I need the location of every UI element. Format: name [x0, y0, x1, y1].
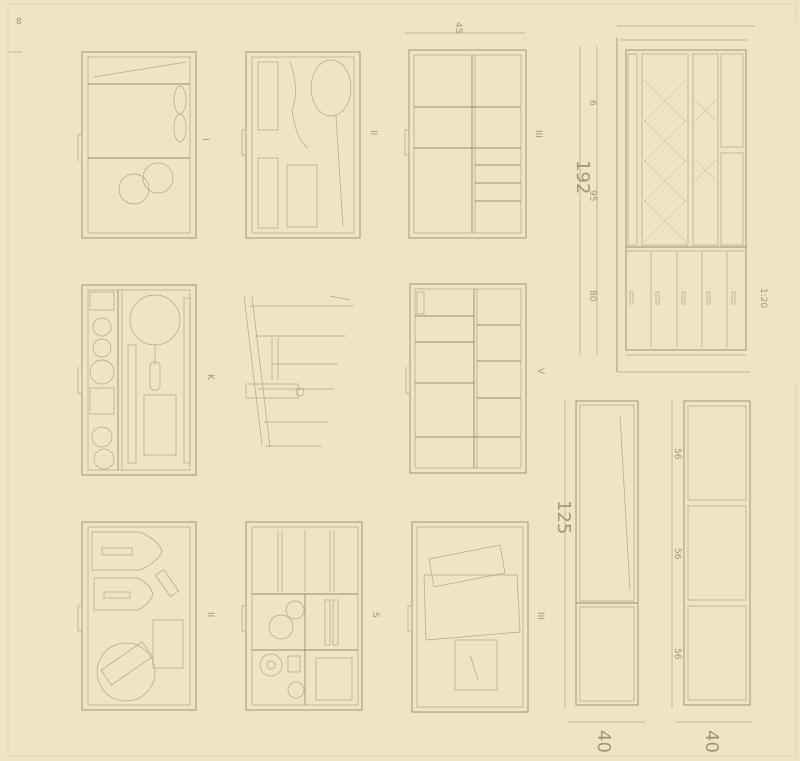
- drawing-sheet: 8 I II 45 III K V II S III 192 1:20 6 95…: [0, 0, 800, 761]
- corner-mark: 8: [16, 17, 22, 27]
- cabinet-drawings: [0, 0, 800, 761]
- tall-left-width-label: 40: [593, 730, 614, 753]
- tall-right-dim-1: 56: [672, 448, 682, 459]
- elevation-dim-1: 6: [587, 100, 597, 106]
- tall-right-dim-5: 56: [672, 648, 682, 659]
- elevation-dim-5: 80: [587, 290, 597, 301]
- cabinet-4-label: K: [205, 374, 215, 380]
- cabinet-1-label: I: [200, 138, 210, 141]
- cabinet-3-dimension: 45: [453, 22, 463, 33]
- cabinet-2-label: II: [368, 130, 378, 135]
- elevation-scale-note: 1:20: [758, 288, 768, 308]
- tall-right-width-label: 40: [701, 730, 722, 753]
- tall-left-height-label: 125: [553, 500, 574, 534]
- cabinet-8-label: S: [370, 612, 380, 618]
- cabinet-6-label: V: [535, 368, 545, 374]
- cabinet-9-label: III: [535, 612, 545, 620]
- elevation-dim-3: 95: [587, 190, 597, 201]
- cabinet-3-label: III: [533, 130, 543, 138]
- cabinet-7-label: II: [205, 612, 215, 617]
- tall-right-dim-3: 56: [672, 548, 682, 559]
